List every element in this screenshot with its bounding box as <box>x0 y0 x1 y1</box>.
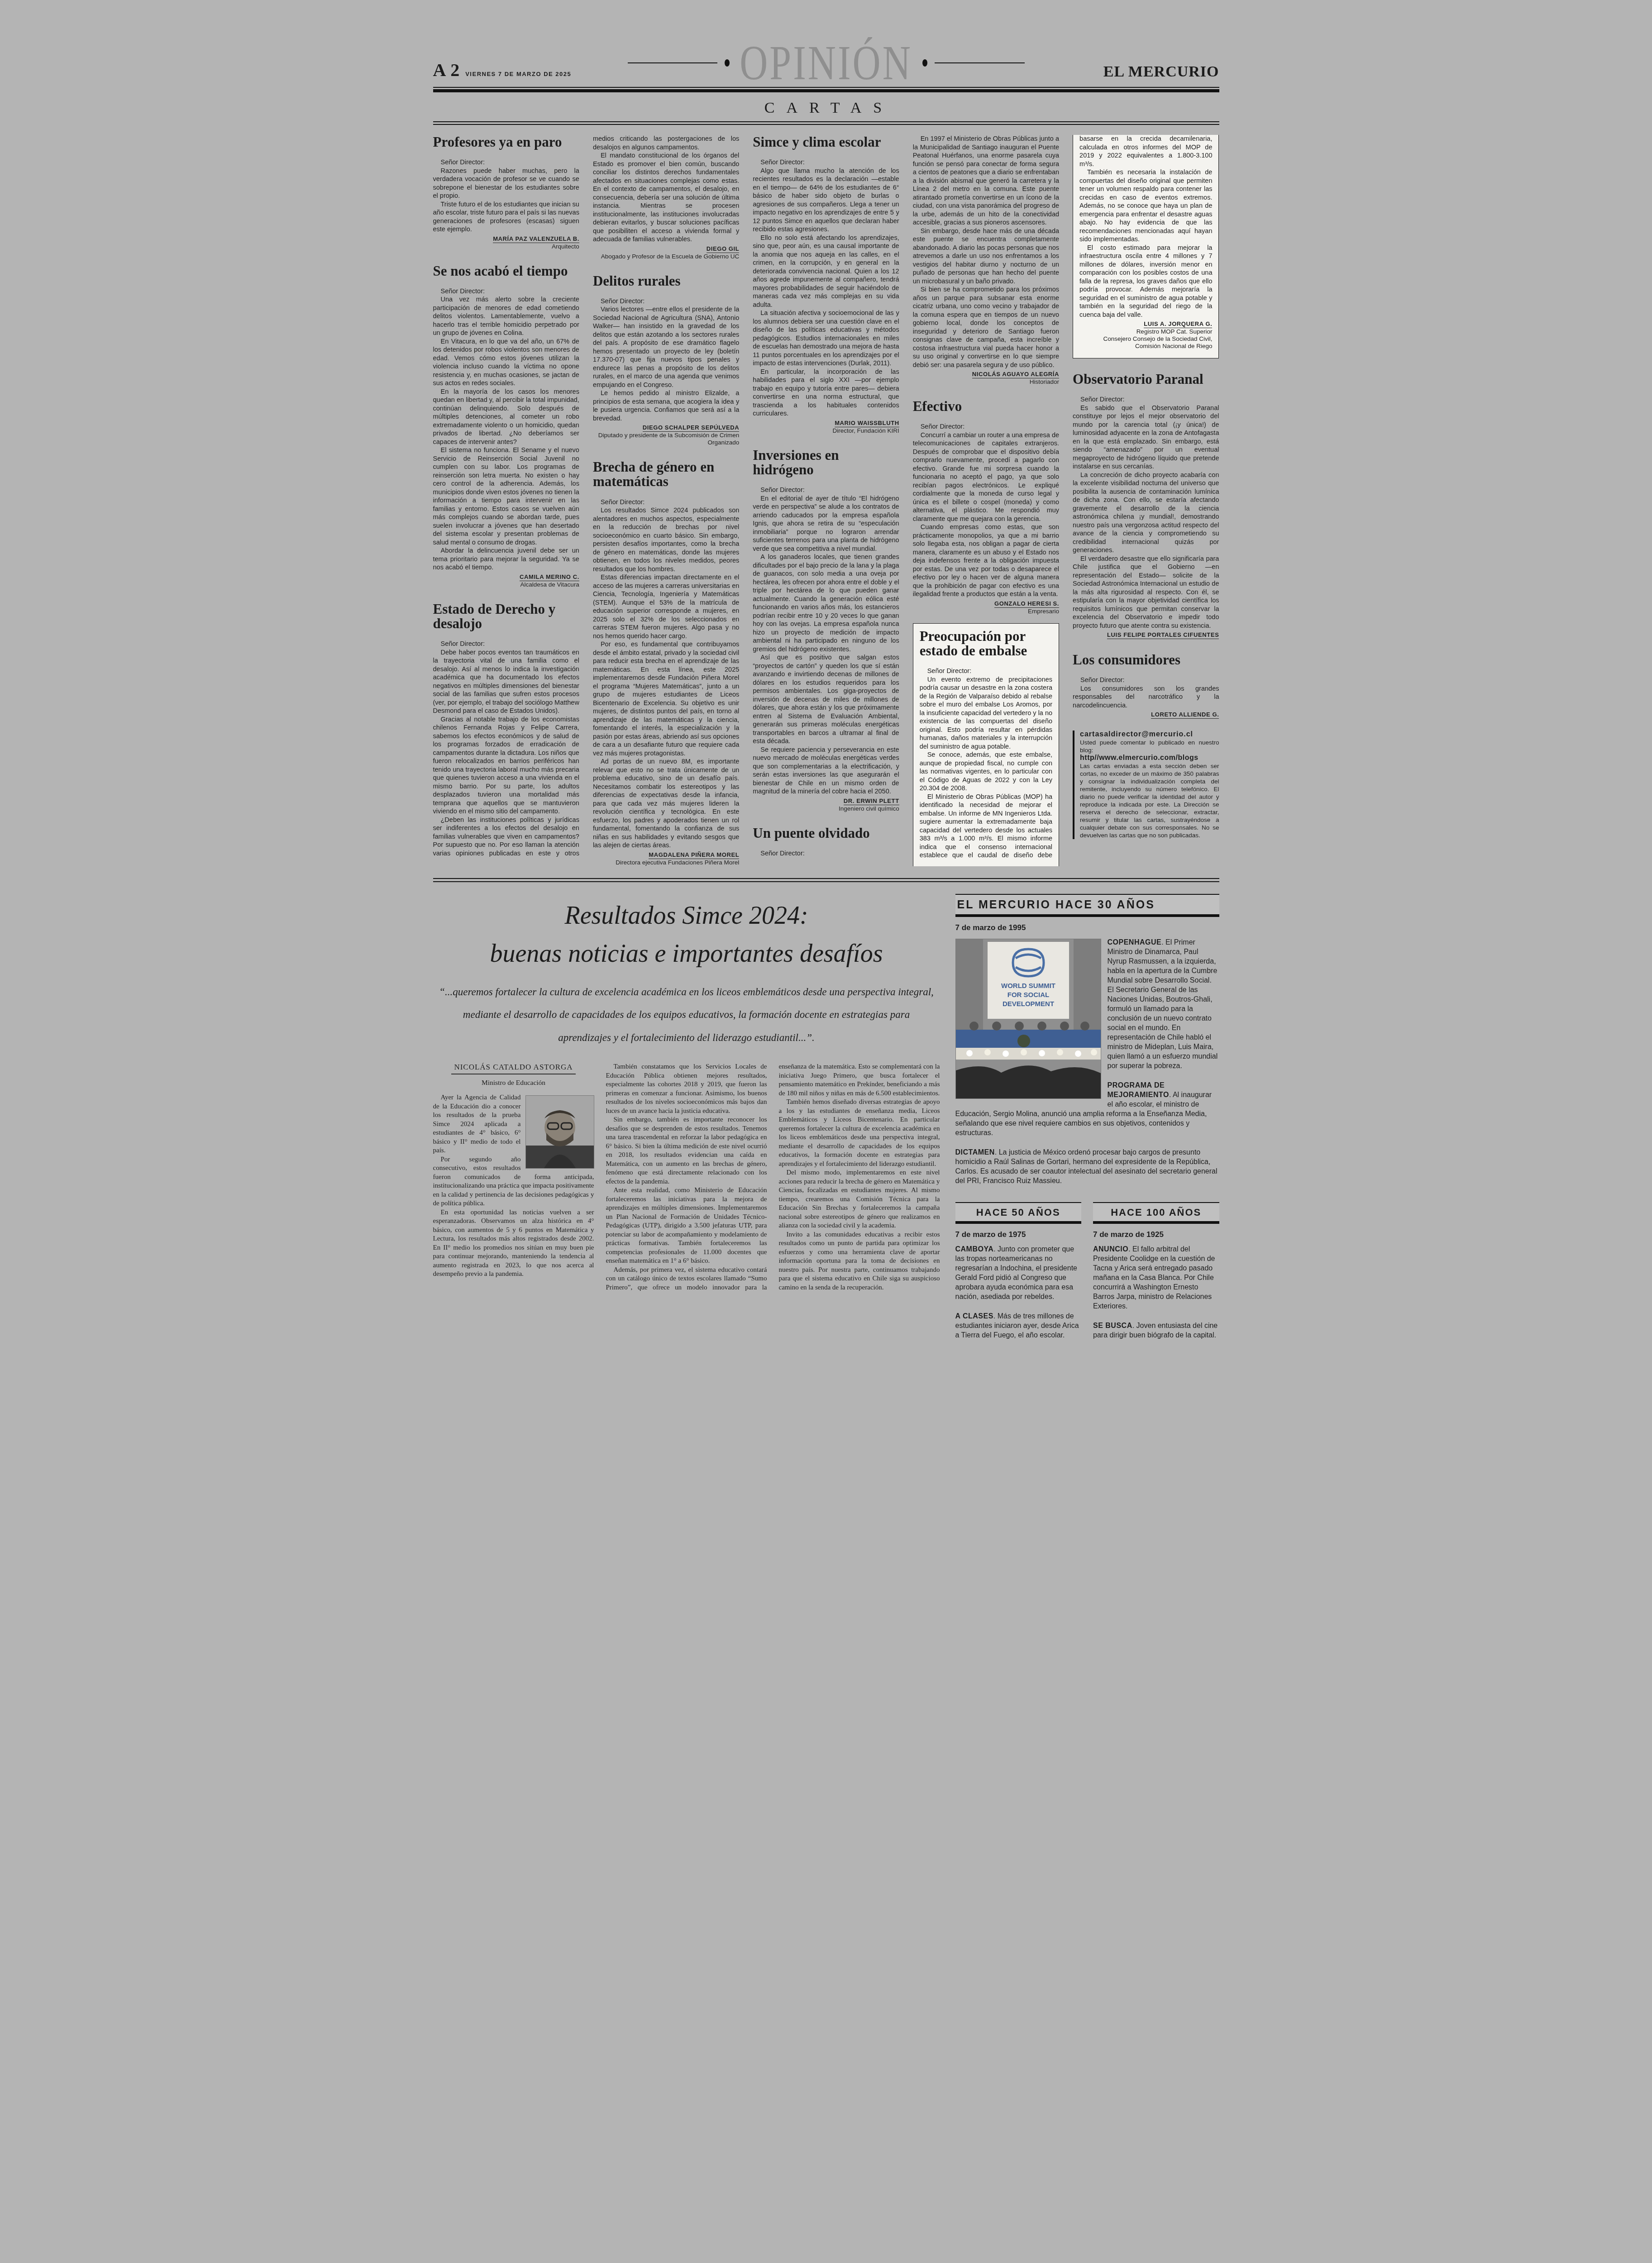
archive-entry: DICTAMEN. La justicia de México ordenó p… <box>955 1148 1219 1186</box>
letter-paragraph: Los resultados Simce 2024 publicados son… <box>593 506 739 573</box>
archive-entry-text: . La justicia de México ordenó procesar … <box>955 1149 1218 1185</box>
archive-30-body: WORLD SUMMIT FOR SOCIAL DEVELOPMENT COPE… <box>955 938 1219 1196</box>
signature-role: Empresario <box>913 608 1059 615</box>
letter-paragraph: Debe haber pocos eventos tan traumáticos… <box>433 649 579 716</box>
salutation: Señor Director: <box>593 498 739 507</box>
letter-paragraph: Sin embargo, desde hace más de una décad… <box>913 227 1059 286</box>
summit-photo-text-1: WORLD SUMMIT <box>1001 982 1055 990</box>
masthead-dot-left <box>725 59 730 67</box>
author-role: Ministro de Educación <box>433 1079 594 1087</box>
masthead: A 2 VIERNES 7 DE MARZO DE 2025 OPINIÓN E… <box>433 13 1219 81</box>
salutation: Señor Director: <box>753 486 899 495</box>
signature-name: GONZALO HERESI S. <box>994 600 1059 608</box>
masthead-center: OPINIÓN <box>623 46 1029 81</box>
salutation: Señor Director: <box>433 640 579 649</box>
salutation: Señor Director: <box>433 287 579 296</box>
letter-paragraph: Un evento extremo de precipitaciones pod… <box>920 676 1052 751</box>
signature: NICOLÁS AGUAYO ALEGRÍA Historiador <box>913 370 1059 386</box>
letter-paragraph: Se conoce, además, que este embalse, aun… <box>920 751 1052 793</box>
oped-paragraph: También constatamos que los Servicios Lo… <box>606 1063 767 1116</box>
signature-role: Historiador <box>913 378 1059 386</box>
letter-title: Se nos acabó el tiempo <box>433 264 579 278</box>
archive-entry-lead: A CLASES <box>955 1313 993 1320</box>
archive-entry-text: . El Primer Ministro de Dinamarca, Paul … <box>1108 939 1218 1070</box>
letter-paragraph: Así que es positivo que salgan estos “pr… <box>753 654 899 746</box>
signature-role: Diputado y presidente de la Subcomisión … <box>593 432 739 446</box>
signature-name: LUIS FELIPE PORTALES CIFUENTES <box>1107 631 1219 639</box>
letter-brecha-genero: Brecha de género en matemáticas Señor Di… <box>593 460 739 866</box>
letter-title: Brecha de género en matemáticas <box>593 460 739 489</box>
oped-paragraph: También hemos diseñado diversas estrateg… <box>779 1098 940 1169</box>
letter-paragraph: Se requiere paciencia y perseverancia en… <box>753 746 899 796</box>
salutation: Señor Director: <box>913 423 1059 431</box>
bottom-section: Resultados Simce 2024: buenas noticias e… <box>433 894 1219 1350</box>
summit-photo: WORLD SUMMIT FOR SOCIAL DEVELOPMENT <box>955 939 1101 1099</box>
letter-title: Observatorio Paranal <box>1073 372 1219 387</box>
letter-paragraph: En 1997 el Ministerio de Obras Públicas … <box>913 135 1059 227</box>
letter-paragraph: Triste futuro el de los estudiantes que … <box>433 201 579 234</box>
archive-entry-lead: DICTAMEN <box>955 1149 995 1156</box>
oped-paragraph: Sin embargo, también es importante recon… <box>606 1116 767 1186</box>
archive-100: HACE 100 AÑOS 7 de marzo de 1925 ANUNCIO… <box>1093 1202 1219 1350</box>
signature-name: MARÍA PAZ VALENZUELA B. <box>493 235 579 243</box>
signature: DIEGO GIL Abogado y Profesor de la Escue… <box>593 245 739 260</box>
signature-name: CAMILA MERINO C. <box>520 573 579 581</box>
edition-date: VIERNES 7 DE MARZO DE 2025 <box>465 71 571 77</box>
signature-name: LUIS A. JORQUERA G. <box>1144 320 1212 328</box>
oped-paragraph: Invito a las comunidades educativas a re… <box>779 1231 940 1293</box>
cartas-section-label: CARTAS <box>433 92 1219 121</box>
oped-byline: NICOLÁS CATALDO ASTORGA Ministro de Educ… <box>433 1063 594 1087</box>
signature: CAMILA MERINO C. Alcaldesa de Vitacura <box>433 573 579 588</box>
signature-role: Registro MOP Cat. Superior <box>1079 328 1212 335</box>
summit-photo-text-2: FOR SOCIAL <box>1007 991 1049 999</box>
letter-title: Profesores ya en paro <box>433 135 579 149</box>
archive-entry-text: . El fallo arbitral del Presidente Cooli… <box>1093 1246 1215 1310</box>
letters-policy: Las cartas enviadas a esta sección deben… <box>1080 762 1219 839</box>
salutation: Señor Director: <box>920 667 1052 676</box>
masthead-rule-left <box>628 62 718 63</box>
letter-paragraph: Estas diferencias impactan directamente … <box>593 573 739 640</box>
page-number: A 2 <box>433 59 460 81</box>
oped-headline-line1: Resultados Simce 2024: <box>564 902 808 930</box>
letter-title: Inversiones en hidrógeno <box>753 448 899 477</box>
letters-info-box: cartasaldirector@mercurio.cl Usted puede… <box>1073 730 1219 839</box>
archive-30-date: 7 de marzo de 1995 <box>955 923 1219 932</box>
blog-note: Usted puede comentar lo publicado en nue… <box>1080 739 1219 754</box>
letter-paragraph: El mandato constitucional de los órganos… <box>593 152 739 244</box>
blog-url-link[interactable]: http//www.elmercurio.com/blogs <box>1080 754 1219 762</box>
divider-double <box>433 121 1219 125</box>
signature-name: DIEGO GIL <box>707 245 740 253</box>
signature-name: DR. ERWIN PLETT <box>844 797 899 805</box>
signature-role: Director, Fundación KIRI <box>753 427 899 434</box>
letter-paragraph: Abordar la delincuencia juvenil debe ser… <box>433 547 579 572</box>
letter-paragraph: Le hemos pedido al ministro Elizalde, a … <box>593 389 739 423</box>
signature: LUIS A. JORQUERA G. Registro MOP Cat. Su… <box>1079 320 1212 350</box>
signature-name: NICOLÁS AGUAYO ALEGRÍA <box>972 371 1059 378</box>
letters-email-link[interactable]: cartasaldirector@mercurio.cl <box>1080 730 1219 739</box>
oped-body: NICOLÁS CATALDO ASTORGA Ministro de Educ… <box>433 1063 940 1292</box>
signature-role: Directora ejecutiva Fundaciones Piñera M… <box>593 859 739 866</box>
letter-simce-clima: Simce y clima escolar Señor Director: Al… <box>753 135 899 434</box>
salutation: Señor Director: <box>753 158 899 167</box>
section-divider <box>433 878 1219 882</box>
archive-30-header: EL MERCURIO HACE 30 AÑOS <box>955 894 1219 917</box>
letter-se-nos-acabo: Se nos acabó el tiempo Señor Director: U… <box>433 264 579 588</box>
archive-entry-lead: CAMBOYA <box>955 1246 994 1253</box>
newspaper-page: A 2 VIERNES 7 DE MARZO DE 2025 OPINIÓN E… <box>413 0 1239 1368</box>
letter-paragraph: Es sabido que el Observatorio Paranal co… <box>1073 404 1219 471</box>
letter-paranal: Observatorio Paranal Señor Director: Es … <box>1073 372 1219 639</box>
letter-consumidores: Los consumidores Señor Director: Los con… <box>1073 653 1219 719</box>
archive-entry-lead: ANUNCIO <box>1093 1246 1128 1253</box>
letter-title: Un puente olvidado <box>753 826 899 840</box>
author-name: NICOLÁS CATALDO ASTORGA <box>451 1063 575 1074</box>
archive-entry: ANUNCIO. El fallo arbitral del President… <box>1093 1245 1219 1311</box>
archive-entry-lead: SE BUSCA <box>1093 1322 1132 1330</box>
oped-headline-line2: buenas noticias e importantes desafíos <box>490 940 883 968</box>
signature: GONZALO HERESI S. Empresario <box>913 600 1059 615</box>
letter-paragraph: En la mayoría de los casos los menores q… <box>433 388 579 447</box>
signature: MARIO WAISSBLUTH Director, Fundación KIR… <box>753 419 899 434</box>
summit-photo-text-3: DEVELOPMENT <box>1002 1000 1054 1008</box>
signature-role: Alcaldesa de Vitacura <box>433 581 579 588</box>
archive-100-date: 7 de marzo de 1925 <box>1093 1230 1219 1239</box>
letter-paragraph: Si bien se ha comprometido para los próx… <box>913 286 1059 369</box>
archive-entry-lead: COPENHAGUE <box>1108 939 1162 946</box>
masthead-dot-right <box>922 59 927 67</box>
archive-50-date: 7 de marzo de 1975 <box>955 1230 1082 1239</box>
archive-entry-lead: PROGRAMA DE MEJORAMIENTO <box>1108 1082 1169 1099</box>
masthead-rule-right <box>935 62 1025 63</box>
oped-article: Resultados Simce 2024: buenas noticias e… <box>433 894 940 1350</box>
letter-title: Simce y clima escolar <box>753 135 899 149</box>
signature-role: Ingeniero civil químico <box>753 805 899 812</box>
letter-paragraph: En Vitacura, en lo que va del año, un 67… <box>433 338 579 388</box>
archive-100-header: HACE 100 AÑOS <box>1093 1202 1219 1224</box>
signature-role: Arquitecto <box>433 243 579 250</box>
letter-paragraph: Concurrí a cambiar un router a una empre… <box>913 431 1059 524</box>
signature: LUIS FELIPE PORTALES CIFUENTES <box>1073 631 1219 639</box>
masthead-left: A 2 VIERNES 7 DE MARZO DE 2025 <box>433 59 623 81</box>
letter-paragraph: También es necesaria la instalación de c… <box>1079 168 1212 244</box>
signature-name: MAGDALENA PIÑERA MOREL <box>649 851 739 859</box>
signature: DR. ERWIN PLETT Ingeniero civil químico <box>753 797 899 812</box>
letter-paragraph: El sistema no funciona. El Sename y el n… <box>433 446 579 547</box>
letter-paragraph: La concreción de dicho proyecto acabaría… <box>1073 471 1219 555</box>
letter-delitos-rurales: Delitos rurales Señor Director: Varios l… <box>593 274 739 447</box>
oped-paragraph: Ante esta realidad, como Ministerio de E… <box>606 1186 767 1266</box>
signature-name: DIEGO SCHALPER SEPÚLVEDA <box>643 424 740 432</box>
signature-name: LORETO ALLIENDE G. <box>1151 711 1219 719</box>
letter-paragraph: Algo que llama mucho la atención de los … <box>753 167 899 234</box>
salutation: Señor Director: <box>1073 396 1219 404</box>
letter-paragraph: En el editorial de ayer de título “El hi… <box>753 495 899 554</box>
letter-title: Preocupación por estado de embalse <box>920 629 1052 658</box>
signature-role: Consejero Consejo de la Sociedad Civil, … <box>1079 335 1212 350</box>
letter-title: Estado de Derecho y desalojo <box>433 602 579 631</box>
salutation: Señor Director: <box>753 850 899 858</box>
newspaper-brand: EL MERCURIO <box>1029 63 1219 81</box>
oped-headline: Resultados Simce 2024: buenas noticias e… <box>433 897 940 973</box>
letter-paragraph: Cuando empresas como estas, que son prác… <box>913 523 1059 599</box>
salutation: Señor Director: <box>433 158 579 167</box>
archive-50-header: HACE 50 AÑOS <box>955 1202 1082 1224</box>
salutation: Señor Director: <box>1073 676 1219 685</box>
letter-paragraph: A los ganaderos locales, que tienen gran… <box>753 553 899 654</box>
letter-paragraph: Razones puede haber muchas, pero la verd… <box>433 167 579 201</box>
signature: DIEGO SCHALPER SEPÚLVEDA Diputado y pres… <box>593 424 739 446</box>
letter-title: Los consumidores <box>1073 653 1219 667</box>
signature: MAGDALENA PIÑERA MOREL Directora ejecuti… <box>593 851 739 866</box>
archive-entry-text: . Junto con prometer que las tropas nort… <box>955 1246 1078 1301</box>
oped-paragraph: Del mismo modo, implementaremos en este … <box>779 1169 940 1231</box>
letters-section: Profesores ya en paro Señor Director: Ra… <box>433 135 1219 866</box>
archive-entry: SE BUSCA. Joven entusiasta del cine para… <box>1093 1321 1219 1340</box>
signature: LORETO ALLIENDE G. <box>1073 711 1219 719</box>
signature: MARÍA PAZ VALENZUELA B. Arquitecto <box>433 235 579 250</box>
letter-title: Efectivo <box>913 399 1059 414</box>
letter-paragraph: El verdadero desastre que ello significa… <box>1073 555 1219 630</box>
signature-name: MARIO WAISSBLUTH <box>835 420 899 427</box>
archive-entry: A CLASES. Más de tres millones de estudi… <box>955 1312 1082 1340</box>
oped-paragraph: En esta oportunidad las noticias vuelven… <box>433 1208 594 1279</box>
archive-duo: HACE 50 AÑOS 7 de marzo de 1975 CAMBOYA.… <box>955 1202 1219 1350</box>
letter-hidrogeno: Inversiones en hidrógeno Señor Director:… <box>753 448 899 812</box>
letter-paragraph: El costo estimado para mejorar la infrae… <box>1079 244 1212 320</box>
letter-paragraph: Los consumidores son los grandes respons… <box>1073 685 1219 710</box>
signature-role: Abogado y Profesor de la Escuela de Gobi… <box>593 253 739 260</box>
letter-paragraph: Por eso, es fundamental que contribuyamo… <box>593 640 739 758</box>
letter-paragraph: Varios lectores —entre ellos el presiden… <box>593 306 739 389</box>
archive-entry: CAMBOYA. Junto con prometer que las trop… <box>955 1245 1082 1302</box>
oped-pull-quote: “...queremos fortalecer la cultura de ex… <box>438 981 936 1050</box>
letter-paragraph: Gracias al notable trabajo de los econom… <box>433 716 579 816</box>
letter-efectivo: Efectivo Señor Director: Concurrí a camb… <box>913 399 1059 615</box>
salutation: Señor Director: <box>593 297 739 306</box>
letter-paragraph: Una vez más alerto sobre la creciente pa… <box>433 296 579 338</box>
letter-profesores: Profesores ya en paro Señor Director: Ra… <box>433 135 579 250</box>
letter-paragraph: La situación afectiva y socioemocional d… <box>753 309 899 368</box>
letter-paragraph: En particular, la incorporación de las h… <box>753 368 899 418</box>
letter-paragraph: Ello no solo está afectando los aprendiz… <box>753 234 899 310</box>
letter-title: Delitos rurales <box>593 274 739 288</box>
letter-paragraph: Ad portas de un nuevo 8M, es importante … <box>593 758 739 850</box>
section-title: OPINIÓN <box>740 41 912 85</box>
minister-photo <box>525 1095 594 1169</box>
archive-section: EL MERCURIO HACE 30 AÑOS 7 de marzo de 1… <box>955 894 1219 1350</box>
archive-50: HACE 50 AÑOS 7 de marzo de 1975 CAMBOYA.… <box>955 1202 1082 1350</box>
